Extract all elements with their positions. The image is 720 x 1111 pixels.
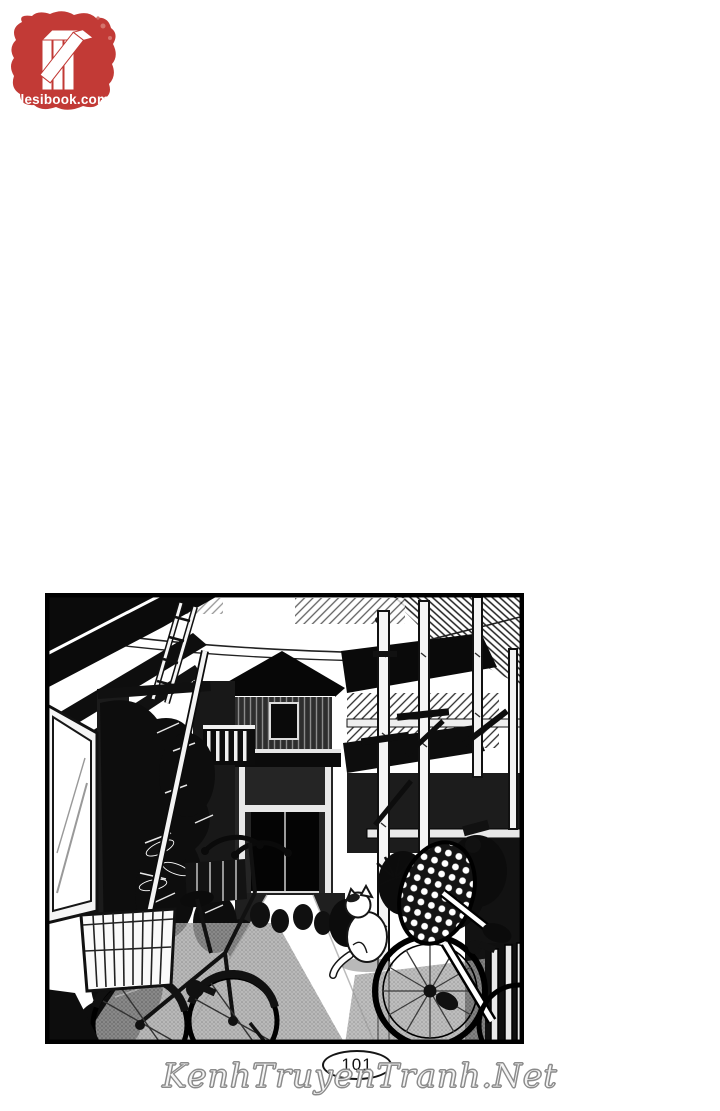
manga-panel <box>45 593 524 1044</box>
logo-text: alesibook.com <box>8 92 114 107</box>
manga-panel-illustration <box>45 593 524 1044</box>
watermark-text: KenhTruyenTranh.Net <box>0 1056 720 1095</box>
site-logo: alesibook.com <box>8 10 120 114</box>
